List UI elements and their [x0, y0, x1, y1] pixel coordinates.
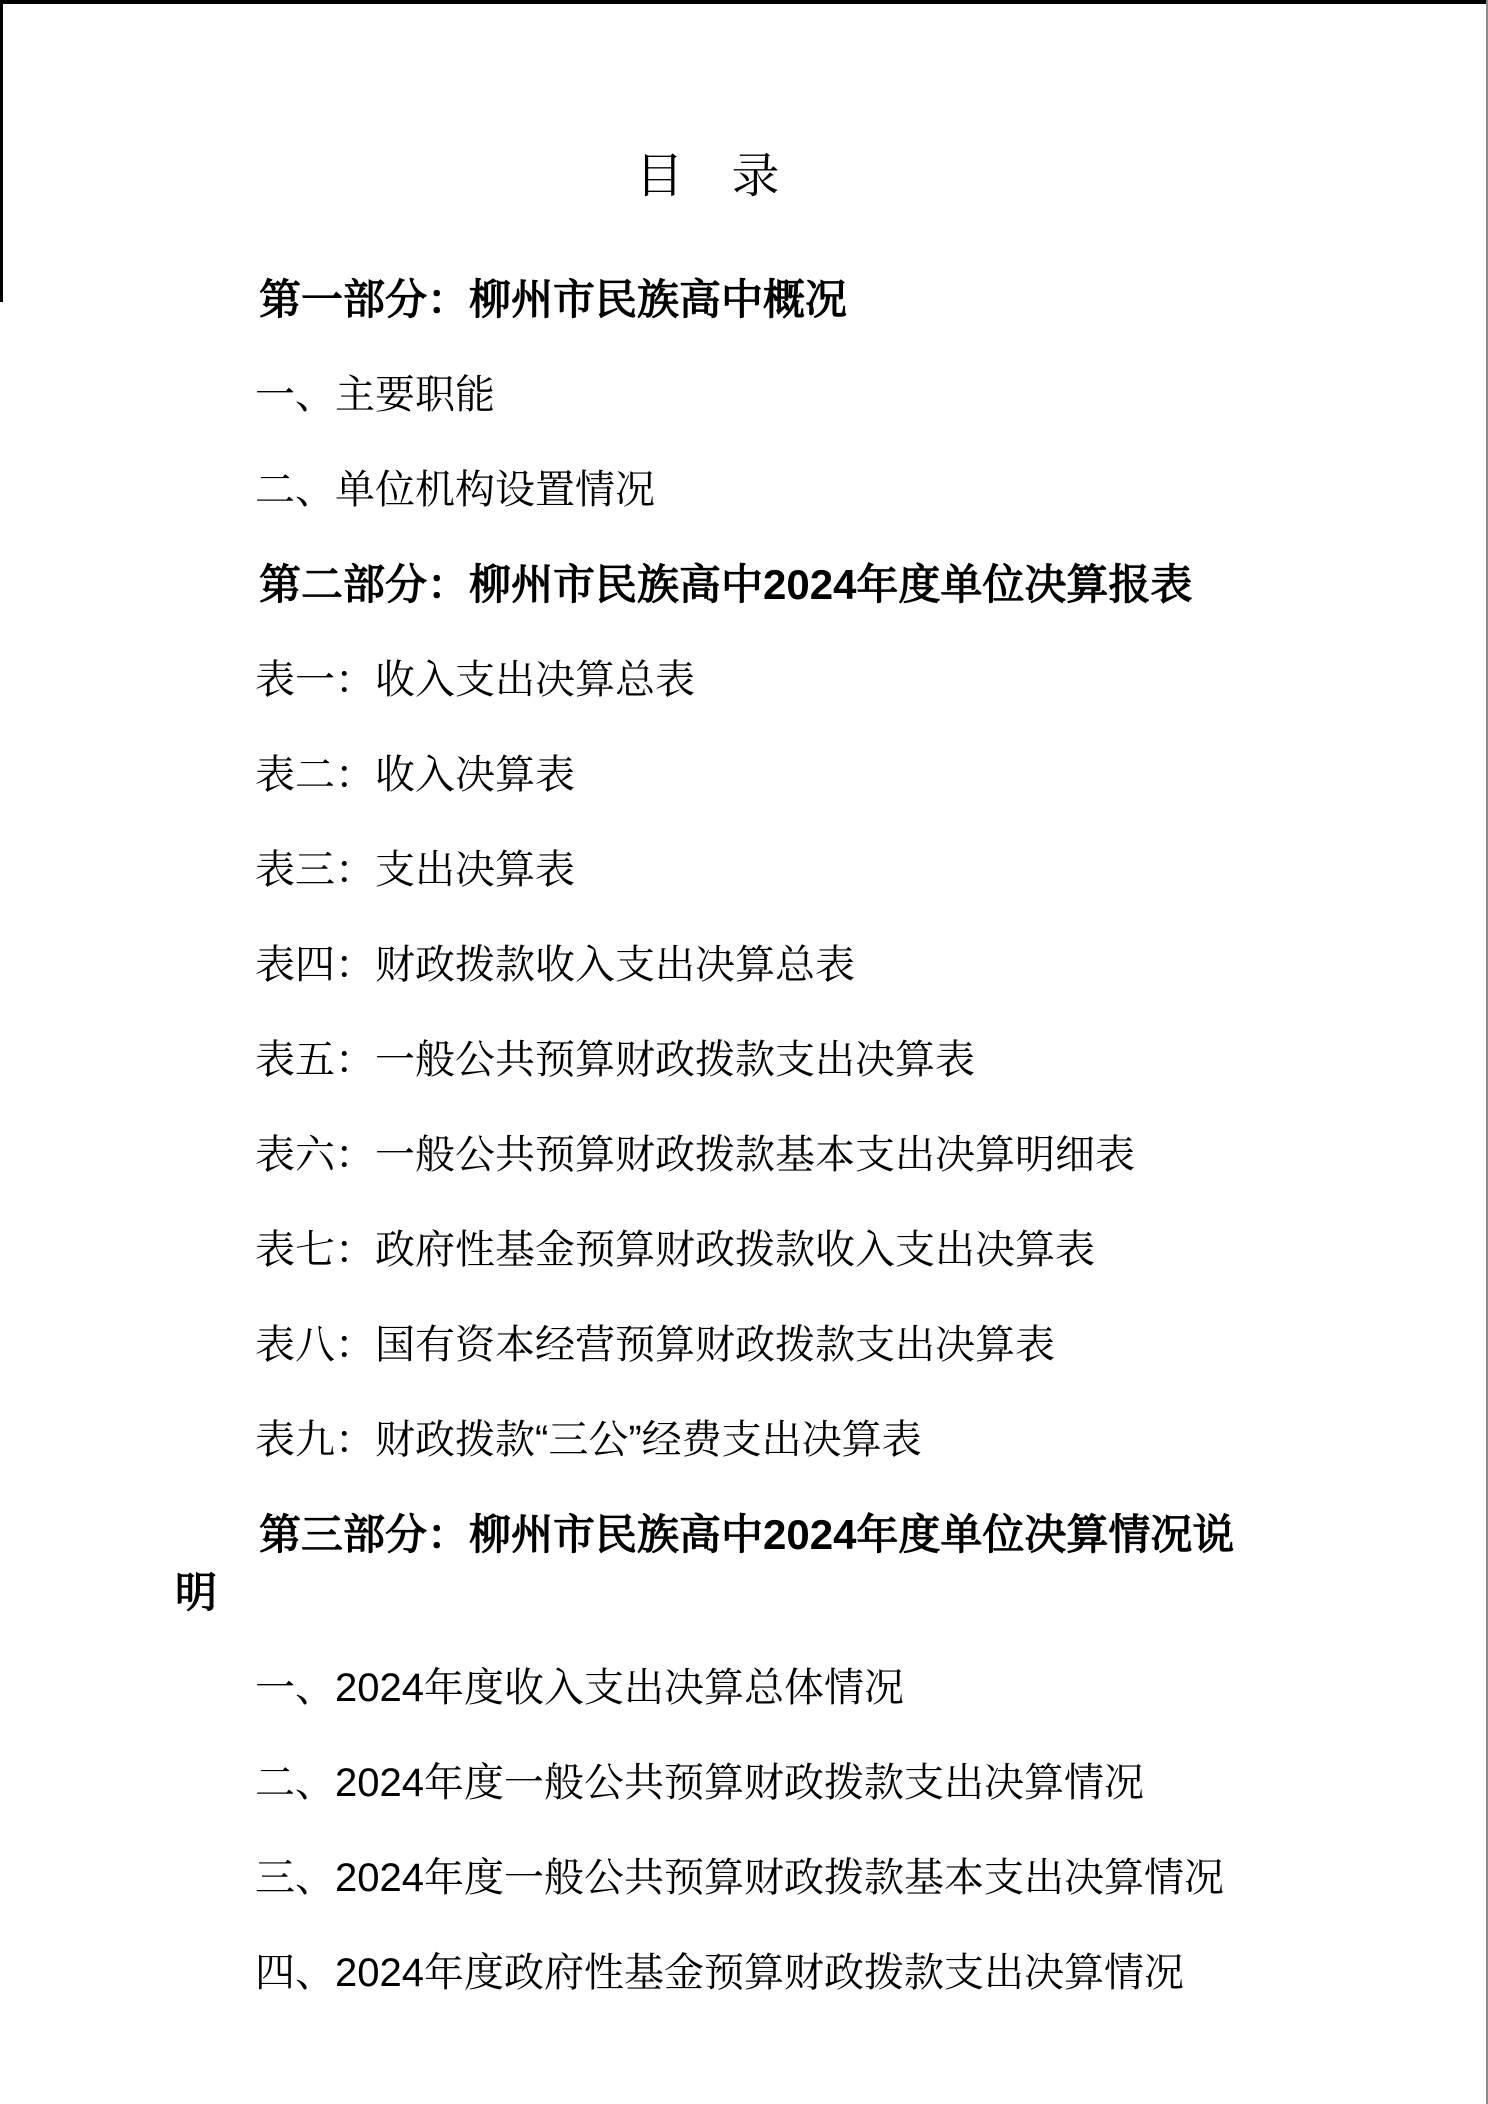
- toc-item-part3-4: 四、2024年度政府性基金预算财政拨款支出决算情况: [175, 1944, 1240, 2002]
- toc-item-table-8: 表八：国有资本经营预算财政拨款支出决算表: [175, 1316, 1240, 1374]
- toc-item-part1-1: 一、主要职能: [175, 366, 1240, 424]
- part1-heading: 第一部分：柳州市民族高中概况: [175, 271, 1240, 329]
- toc-item-table-3: 表三：支出决算表: [175, 841, 1240, 899]
- part3-heading-line2: 明: [175, 1569, 217, 1616]
- toc-item-part3-3: 三、2024年度一般公共预算财政拨款基本支出决算情况: [175, 1849, 1240, 1907]
- toc-item-part1-2: 二、单位机构设置情况: [175, 461, 1240, 519]
- toc-item-part3-1: 一、2024年度收入支出决算总体情况: [175, 1659, 1240, 1717]
- toc-item-table-4: 表四：财政拨款收入支出决算总表: [175, 936, 1240, 994]
- page-title: 目 录: [175, 141, 1240, 213]
- toc-item-table-1: 表一：收入支出决算总表: [175, 651, 1240, 709]
- toc-item-table-2: 表二：收入决算表: [175, 746, 1240, 804]
- scan-border-left: [0, 0, 3, 302]
- part3-heading-line1: 第三部分：柳州市民族高中2024年度单位决算情况说: [259, 1511, 1234, 1558]
- toc-item-table-7: 表七：政府性基金预算财政拨款收入支出决算表: [175, 1221, 1240, 1279]
- toc-item-part3-2: 二、2024年度一般公共预算财政拨款支出决算情况: [175, 1754, 1240, 1812]
- toc-content: 目 录 第一部分：柳州市民族高中概况 一、主要职能 二、单位机构设置情况 第二部…: [175, 0, 1240, 2039]
- document-page: { "page": { "title": "目 录" }, "toc": { "…: [0, 0, 1488, 2104]
- toc-item-table-6: 表六：一般公共预算财政拨款基本支出决算明细表: [175, 1126, 1240, 1184]
- part3-heading: 第三部分：柳州市民族高中2024年度单位决算情况说 明: [175, 1506, 1240, 1622]
- part2-heading: 第二部分：柳州市民族高中2024年度单位决算报表: [175, 556, 1240, 614]
- toc-item-table-9: 表九：财政拨款“三公”经费支出决算表: [175, 1411, 1240, 1469]
- toc-item-table-5: 表五：一般公共预算财政拨款支出决算表: [175, 1031, 1240, 1089]
